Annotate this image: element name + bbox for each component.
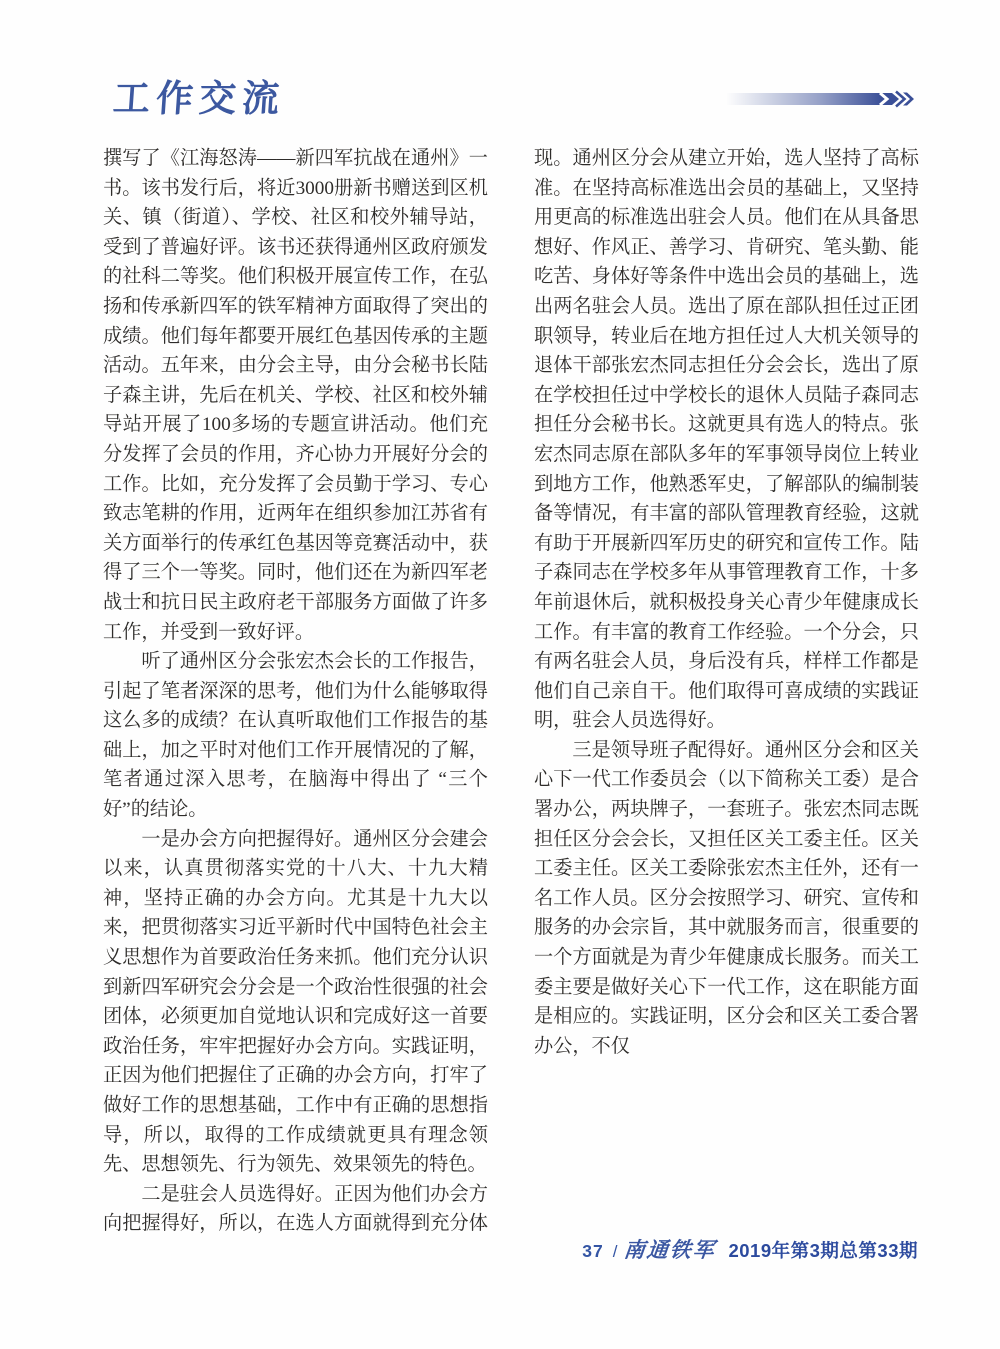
page-number: 37 [582, 1241, 603, 1262]
footer-separator: / [613, 1242, 618, 1262]
article-body: 撰写了《江海怒涛——新四军抗战在通州》一书。该书发行后，将近3000册新书赠送到… [103, 144, 919, 1242]
article-paragraph: 撰写了《江海怒涛——新四军抗战在通州》一书。该书发行后，将近3000册新书赠送到… [103, 144, 488, 647]
article-paragraph: 一是办会方向把握得好。通州区分会建会以来，认真贯彻落实党的十八大、十九大精神，坚… [103, 825, 488, 1180]
article-paragraph: 听了通州区分会张宏杰会长的工作报告，引起了笔者深深的思考，他们为什么能够取得这么… [103, 647, 488, 825]
article-paragraph: 三是领导班子配得好。通州区分会和区关心下一代工作委员会（以下简称关工委）是合署办… [534, 736, 919, 1062]
page-header: 工作交流 [0, 78, 1000, 124]
issue-info: 2019年第3期总第33期 [728, 1237, 918, 1263]
section-title: 工作交流 [111, 78, 286, 122]
page-footer: 37 / 南通铁军 2019年第3期总第33期 [582, 1234, 918, 1264]
arrow-bar-icon [726, 90, 918, 108]
magazine-page: 工作交流 撰写了《江海怒涛——新四军抗战在通州》一书。该书发行后，将近3000册… [0, 0, 1000, 1349]
magazine-name: 南通铁军 [623, 1234, 718, 1264]
